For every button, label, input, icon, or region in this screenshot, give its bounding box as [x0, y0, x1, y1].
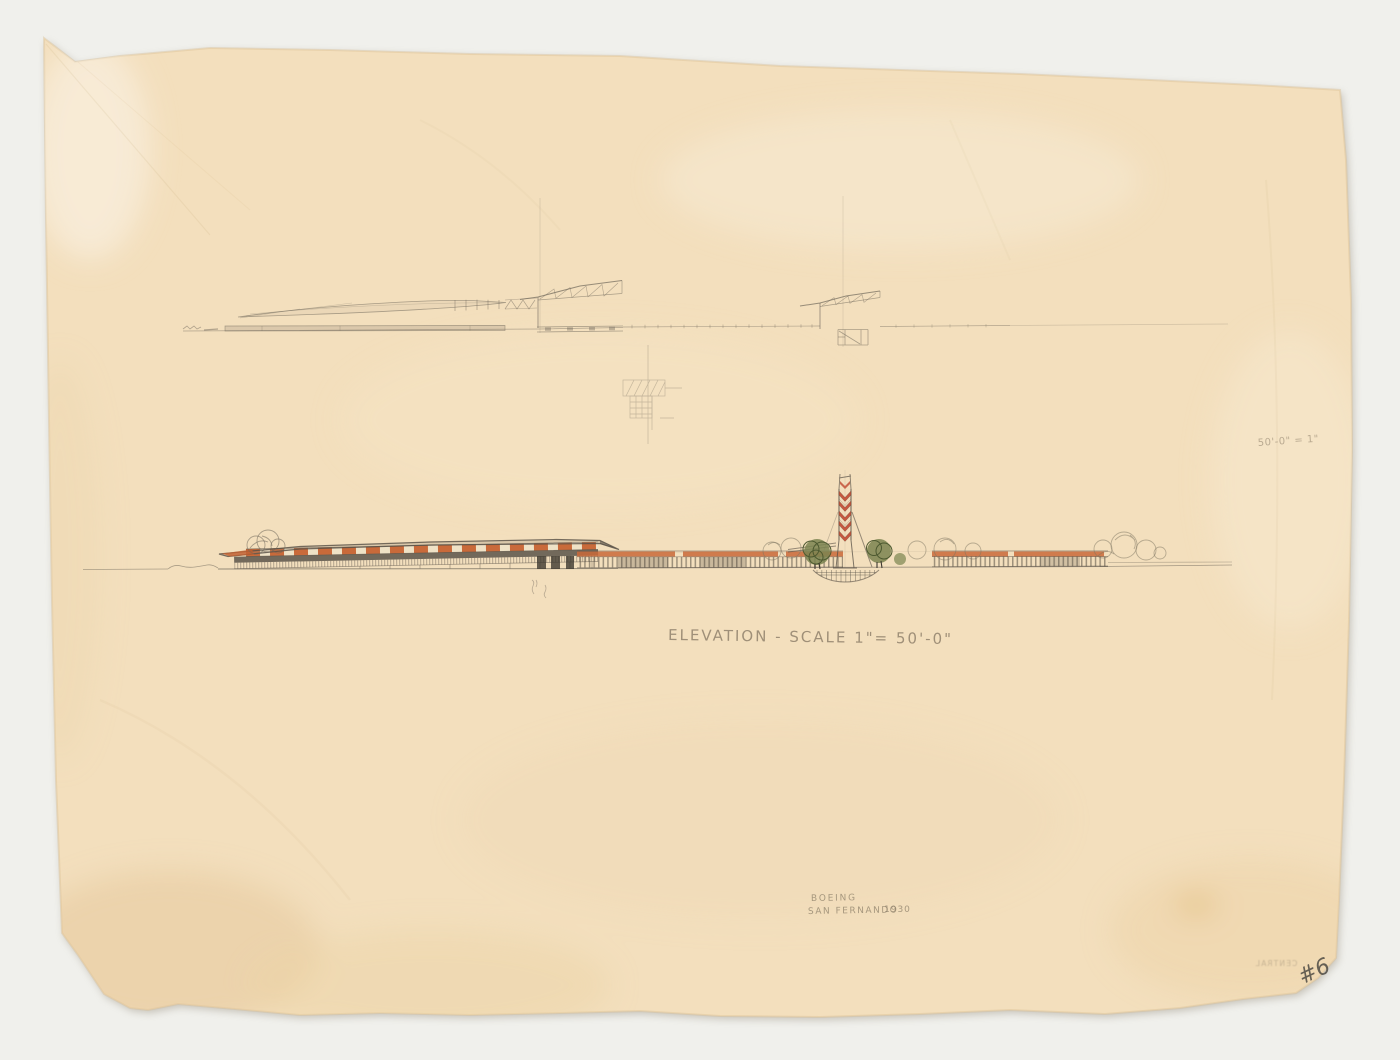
verso-stamp: CENTRAL	[1255, 959, 1298, 968]
colonnade-band-left	[577, 551, 843, 568]
project-year: 1930	[884, 905, 911, 915]
project-name: BOEING	[811, 893, 857, 904]
drawing-canvas: ELEVATION - SCALE 1"= 50'-0" 50'-0" = 1"…	[0, 0, 1400, 1060]
colonnade-band-right	[932, 551, 1108, 567]
scanned-drawing: ELEVATION - SCALE 1"= 50'-0" 50'-0" = 1"…	[0, 0, 1400, 1060]
